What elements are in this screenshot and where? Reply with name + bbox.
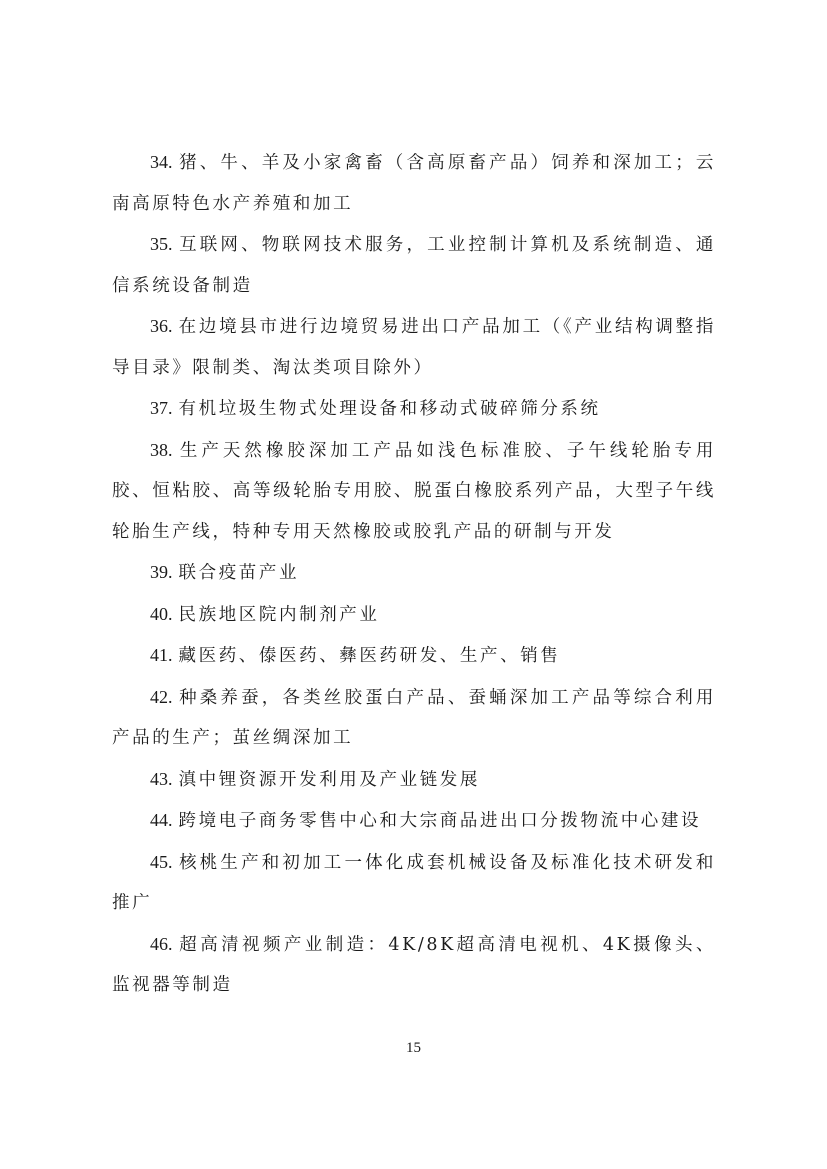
list-item-43: 43.滇中锂资源开发利用及产业链发展 — [112, 759, 716, 801]
list-item-42: 42.种桑养蚕，各类丝胶蛋白产品、蚕蛹深加工产品等综合利用产品的生产；茧丝绸深加… — [112, 677, 716, 759]
item-number: 37. — [150, 398, 173, 418]
list-item-39: 39.联合疫苗产业 — [112, 552, 716, 594]
item-number: 34. — [150, 152, 173, 172]
item-number: 38. — [150, 440, 173, 460]
list-item-45: 45.核桃生产和初加工一体化成套机械设备及标准化技术研发和推广 — [112, 842, 716, 924]
page-number: 15 — [0, 1040, 827, 1057]
item-text: 有机垃圾生物式处理设备和移动式破碎筛分系统 — [179, 399, 601, 419]
item-text: 在边境县市进行边境贸易进出口产品加工（《产业结构调整指导目录》限制类、淘汰类项目… — [112, 317, 716, 378]
list-item-46: 46.超高清视频产业制造：4K/8K超高清电视机、4K摄像头、监视器等制造 — [112, 924, 716, 1006]
list-item-44: 44.跨境电子商务零售中心和大宗商品进出口分拨物流中心建设 — [112, 800, 716, 842]
item-text: 民族地区院内制剂产业 — [179, 605, 380, 625]
item-number: 35. — [150, 234, 173, 254]
item-text: 跨境电子商务零售中心和大宗商品进出口分拨物流中心建设 — [179, 811, 702, 831]
item-number: 43. — [150, 769, 173, 789]
item-number: 46. — [150, 934, 173, 954]
list-item-35: 35.互联网、物联网技术服务，工业控制计算机及系统制造、通信系统设备制造 — [112, 224, 716, 306]
item-number: 45. — [150, 852, 173, 872]
list-item-41: 41.藏医药、傣医药、彝医药研发、生产、销售 — [112, 635, 716, 677]
item-text: 生产天然橡胶深加工产品如浅色标准胶、子午线轮胎专用胶、恒粘胶、高等级轮胎专用胶、… — [112, 441, 716, 542]
item-text: 核桃生产和初加工一体化成套机械设备及标准化技术研发和推广 — [112, 853, 716, 914]
item-number: 39. — [150, 562, 173, 582]
list-item-36: 36.在边境县市进行边境贸易进出口产品加工（《产业结构调整指导目录》限制类、淘汰… — [112, 306, 716, 388]
item-number: 40. — [150, 604, 173, 624]
item-text: 藏医药、傣医药、彝医药研发、生产、销售 — [179, 646, 561, 666]
item-number: 44. — [150, 810, 173, 830]
item-text: 种桑养蚕，各类丝胶蛋白产品、蚕蛹深加工产品等综合利用产品的生产；茧丝绸深加工 — [112, 688, 716, 749]
item-text: 联合疫苗产业 — [179, 563, 300, 583]
item-number: 41. — [150, 645, 173, 665]
item-number: 42. — [150, 687, 173, 707]
item-text: 超高清视频产业制造：4K/8K超高清电视机、4K摄像头、监视器等制造 — [112, 935, 716, 996]
list-item-37: 37.有机垃圾生物式处理设备和移动式破碎筛分系统 — [112, 388, 716, 430]
item-text: 滇中锂资源开发利用及产业链发展 — [179, 770, 481, 790]
list-item-34: 34.猪、牛、羊及小家禽畜（含高原畜产品）饲养和深加工；云南高原特色水产养殖和加… — [112, 142, 716, 224]
document-body: 34.猪、牛、羊及小家禽畜（含高原畜产品）饲养和深加工；云南高原特色水产养殖和加… — [112, 142, 716, 1006]
list-item-38: 38.生产天然橡胶深加工产品如浅色标准胶、子午线轮胎专用胶、恒粘胶、高等级轮胎专… — [112, 430, 716, 553]
item-number: 36. — [150, 316, 173, 336]
item-text: 互联网、物联网技术服务，工业控制计算机及系统制造、通信系统设备制造 — [112, 235, 716, 296]
item-text: 猪、牛、羊及小家禽畜（含高原畜产品）饲养和深加工；云南高原特色水产养殖和加工 — [112, 153, 716, 214]
list-item-40: 40.民族地区院内制剂产业 — [112, 594, 716, 636]
